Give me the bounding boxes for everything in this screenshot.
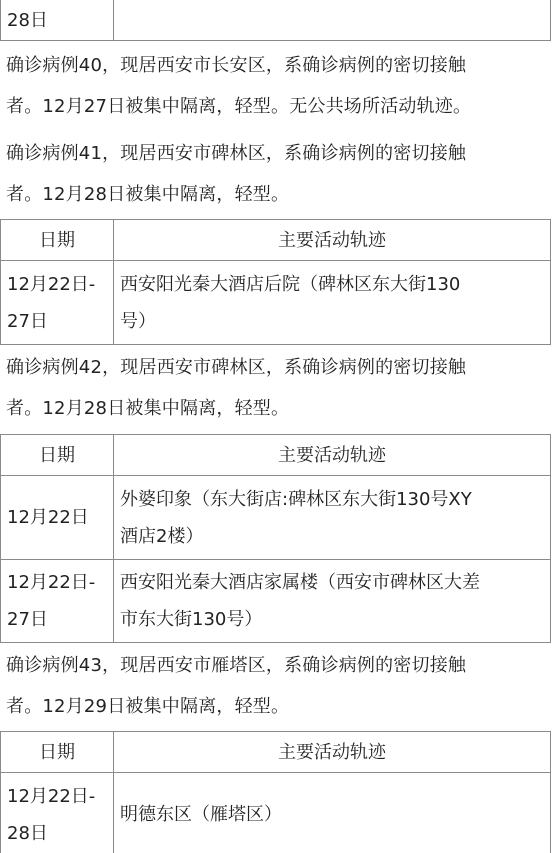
header-track: 主要活动轨迹 xyxy=(114,220,551,261)
date-line: 12月22日- xyxy=(7,564,107,601)
location-line: 明德东区（雁塔区） xyxy=(120,796,544,833)
location-line: 外婆印象（东大街店:碑林区东大街130号XY xyxy=(120,481,544,518)
case-42-paragraph: 确诊病例42，现居西安市碑林区，系确诊病例的密切接触 者。12月28日被集中隔离… xyxy=(6,349,551,427)
location-cell: 西安阳光秦大酒店家属楼（西安市碑林区大差 市东大街130号） xyxy=(114,560,551,643)
location-line: 市东大街130号） xyxy=(120,601,544,638)
case-43-paragraph: 确诊病例43，现居西安市雁塔区，系确诊病例的密切接触 者。12月29日被集中隔离… xyxy=(6,647,551,725)
case-40-paragraph: 确诊病例40，现居西安市长安区，系确诊病例的密切接触 者。12月27日被集中隔离… xyxy=(6,47,551,125)
header-date: 日期 xyxy=(1,732,114,773)
date-line: 27日 xyxy=(7,601,107,638)
location-line: 号） xyxy=(120,303,544,340)
case-41-paragraph: 确诊病例41，现居西安市碑林区，系确诊病例的密切接触 者。12月28日被集中隔离… xyxy=(6,135,551,213)
date-cell: 12月22日- 28日 xyxy=(1,773,114,853)
date-line: 12月22日 xyxy=(7,499,107,536)
paragraph-line: 确诊病例41，现居西安市碑林区，系确诊病例的密切接触 xyxy=(6,135,551,172)
table-header-row: 日期 主要活动轨迹 xyxy=(1,732,551,773)
paragraph-line: 者。12月29日被集中隔离，轻型。 xyxy=(6,688,551,725)
prev-case-table-fragment: 28日 xyxy=(0,0,551,41)
header-track: 主要活动轨迹 xyxy=(114,435,551,476)
table-row: 12月22日- 27日 西安阳光秦大酒店后院（碑林区东大街130 号） xyxy=(1,261,551,345)
header-date: 日期 xyxy=(1,220,114,261)
table-row: 12月22日- 28日 明德东区（雁塔区） xyxy=(1,773,551,853)
header-date: 日期 xyxy=(1,435,114,476)
table-row: 28日 xyxy=(1,0,551,41)
paragraph-line: 确诊病例43，现居西安市雁塔区，系确诊病例的密切接触 xyxy=(6,647,551,684)
header-track: 主要活动轨迹 xyxy=(114,732,551,773)
table-header-row: 日期 主要活动轨迹 xyxy=(1,435,551,476)
date-line: 27日 xyxy=(7,303,107,340)
table-row: 12月22日- 27日 西安阳光秦大酒店家属楼（西安市碑林区大差 市东大街130… xyxy=(1,560,551,643)
location-cell xyxy=(114,0,551,41)
paragraph-line: 者。12月27日被集中隔离，轻型。无公共场所活动轨迹。 xyxy=(6,88,551,125)
case-43-table: 日期 主要活动轨迹 12月22日- 28日 明德东区（雁塔区） xyxy=(0,731,551,853)
date-line: 12月22日- xyxy=(7,266,107,303)
date-line: 28日 xyxy=(7,815,107,852)
table-header-row: 日期 主要活动轨迹 xyxy=(1,220,551,261)
date-cell: 28日 xyxy=(1,0,114,41)
paragraph-line: 确诊病例40，现居西安市长安区，系确诊病例的密切接触 xyxy=(6,47,551,84)
location-line: 西安阳光秦大酒店后院（碑林区东大街130 xyxy=(120,266,544,303)
location-cell: 明德东区（雁塔区） xyxy=(114,773,551,853)
table-row: 12月22日 外婆印象（东大街店:碑林区东大街130号XY 酒店2楼） xyxy=(1,476,551,560)
paragraph-line: 者。12月28日被集中隔离，轻型。 xyxy=(6,176,551,213)
location-line: 西安阳光秦大酒店家属楼（西安市碑林区大差 xyxy=(120,564,544,601)
case-42-table: 日期 主要活动轨迹 12月22日 外婆印象（东大街店:碑林区东大街130号XY … xyxy=(0,434,551,643)
paragraph-line: 确诊病例42，现居西安市碑林区，系确诊病例的密切接触 xyxy=(6,349,551,386)
paragraph-line: 者。12月28日被集中隔离，轻型。 xyxy=(6,390,551,427)
location-cell: 外婆印象（东大街店:碑林区东大街130号XY 酒店2楼） xyxy=(114,476,551,560)
location-cell: 西安阳光秦大酒店后院（碑林区东大街130 号） xyxy=(114,261,551,345)
case-41-table: 日期 主要活动轨迹 12月22日- 27日 西安阳光秦大酒店后院（碑林区东大街1… xyxy=(0,219,551,345)
date-cell: 12月22日- 27日 xyxy=(1,560,114,643)
date-line: 12月22日- xyxy=(7,778,107,815)
date-cell: 12月22日 xyxy=(1,476,114,560)
date-cell: 12月22日- 27日 xyxy=(1,261,114,345)
location-line: 酒店2楼） xyxy=(120,518,544,555)
